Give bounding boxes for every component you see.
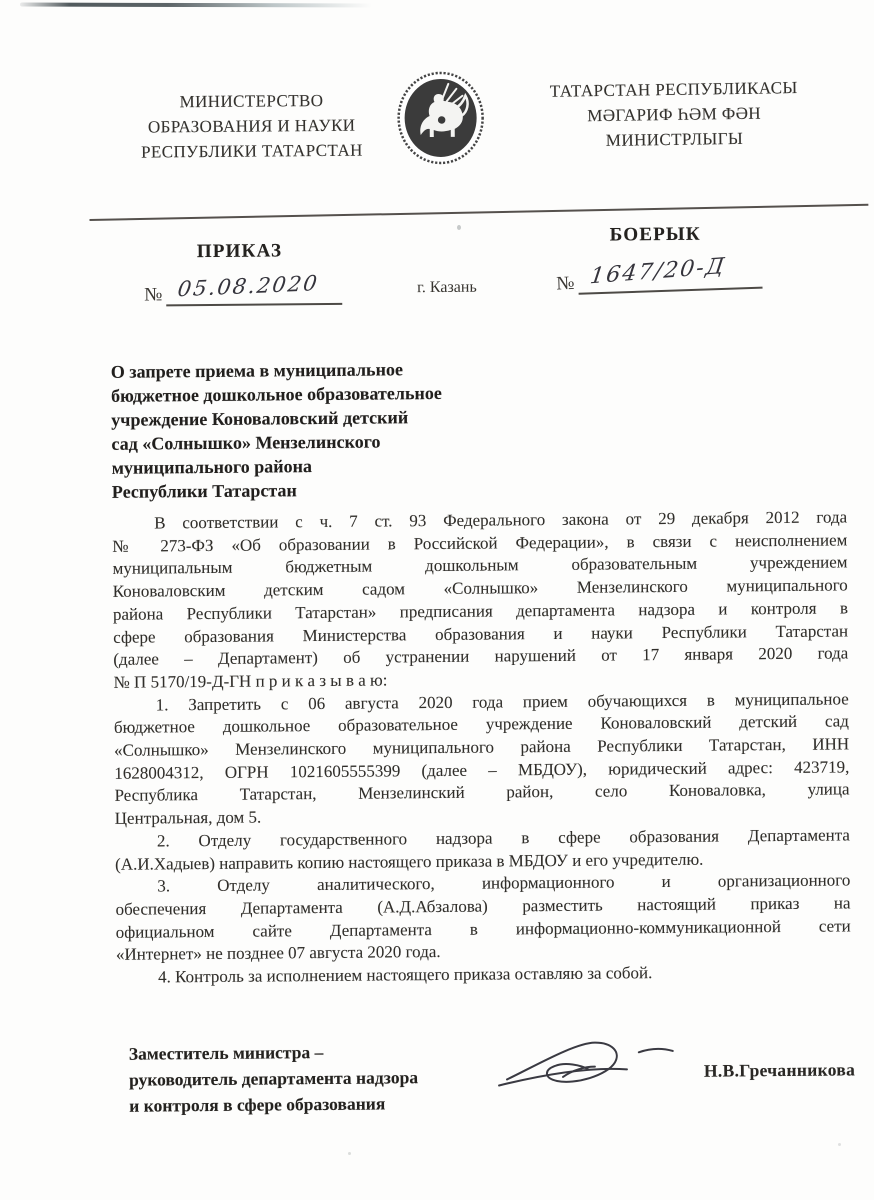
text-line: руководитель департамента надзора [129, 1064, 418, 1093]
ministry-name-tatar: ТАТАРСТАН РЕСПУБЛИКАСЫМӘГАРИФ ҺӘМ ФӘНМИН… [501, 74, 847, 154]
order-number-date-field: № 05.08.2020 [144, 269, 342, 307]
text-line: РЕСПУБЛИКИ ТАТАРСТАН [93, 137, 411, 165]
signatory-title: Заместитель министра –руководитель депар… [129, 1038, 419, 1119]
signatory-name: Н.В.Гречанникова [704, 1059, 855, 1081]
text-line: ТАТАРСТАН РЕСПУБЛИКАСЫ [501, 74, 846, 104]
text-line: МИНИСТРЛЫГЫ [502, 124, 847, 154]
number-underline: 1647/20-Д [578, 253, 763, 295]
text-line: Республики Татарстан [112, 475, 612, 503]
text-line: ОБРАЗОВАНИЯ И НАУКИ [93, 112, 411, 140]
text-line: Заместитель министра – [129, 1038, 418, 1067]
order-subject: О запрете приема в муниципальноебюджетно… [111, 355, 612, 503]
tatarstan-emblem-icon [395, 71, 486, 175]
handwritten-order-number: 1647/20-Д [589, 254, 728, 289]
body-paragraphs: В соответствии с ч. 7 ст. 93 Федеральног… [112, 506, 851, 989]
number-underline: 05.08.2020 [166, 269, 342, 307]
signature-scribble-icon [497, 1020, 698, 1107]
place-label: г. Казань [417, 279, 477, 298]
scanned-order-document: МИНИСТЕРСТВООБРАЗОВАНИЯ И НАУКИРЕСПУБЛИК… [0, 0, 874, 1200]
order-number-field: № 1647/20-Д [555, 253, 762, 296]
header-divider-line [89, 204, 868, 221]
order-title-tatar: БОЕРЫК [610, 224, 701, 247]
number-sign: № [144, 284, 166, 306]
text-line: и контроля в сфере образования [129, 1090, 418, 1119]
order-title-russian: ПРИКАЗ [197, 240, 283, 263]
ministry-name-russian: МИНИСТЕРСТВООБРАЗОВАНИЯ И НАУКИРЕСПУБЛИК… [92, 87, 411, 165]
text-line: МИНИСТЕРСТВО [92, 87, 410, 115]
document-page: { "colors": { "ink": "#2f2d2a", "bold_in… [0, 0, 874, 1200]
handwritten-date: 05.08.2020 [176, 271, 320, 301]
number-sign: № [556, 273, 579, 296]
